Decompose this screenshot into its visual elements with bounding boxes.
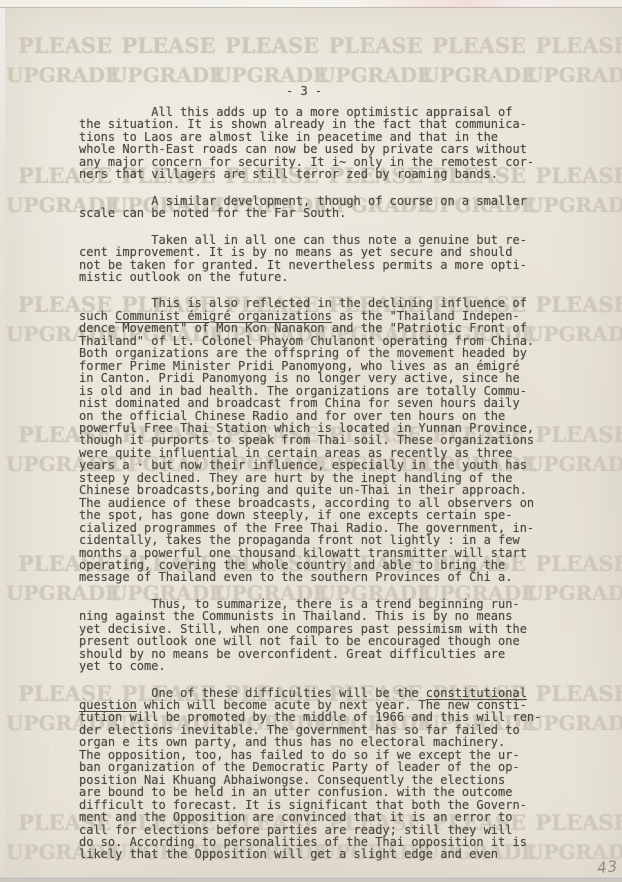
watermark-row: PLEASEPLEASEPLEASEPLEASEPLEASEPLEASE <box>18 34 622 58</box>
paragraph-4: This is also reflected in the declining … <box>79 297 561 583</box>
scan-edge-left <box>0 0 5 882</box>
watermark-word: PLEASE <box>432 34 536 58</box>
watermark-word: UPGRADE <box>318 63 422 87</box>
scan-edge-bottom <box>0 876 622 882</box>
page-number: - 3 - <box>286 84 322 98</box>
text-segment: A similar development, though of course … <box>79 194 527 220</box>
watermark-word: UPGRADE <box>6 63 110 87</box>
watermark-word: PLEASE <box>122 34 226 58</box>
text-segment: Thus, to summarize, there is a trend beg… <box>79 597 527 673</box>
watermark-word: PLEASE <box>18 34 122 58</box>
scan-edge-top <box>0 0 622 8</box>
paragraph-3: Taken all in all one can thus note a gen… <box>79 234 561 284</box>
watermark-word: PLEASE <box>536 34 622 58</box>
watermark-word: UPGRADE <box>526 63 622 87</box>
document-text: All this adds up to a more optimistic ap… <box>79 106 561 875</box>
paragraph-5: Thus, to summarize, there is a trend beg… <box>79 598 561 673</box>
pencil-page-number: 43 <box>596 857 619 877</box>
scanned-page: PLEASEPLEASEPLEASEPLEASEPLEASEPLEASEUPGR… <box>0 0 622 882</box>
text-segment: Taken all in all one can thus note a gen… <box>79 233 527 284</box>
paragraph-1: All this adds up to a more optimistic ap… <box>79 106 561 181</box>
text-segment: as the "Thailand Indepen- dence Movement… <box>79 309 534 585</box>
text-segment: All this adds up to a more optimistic ap… <box>79 105 534 181</box>
watermark-word: PLEASE <box>225 34 329 58</box>
paragraph-2: A similar development, though of course … <box>79 195 561 220</box>
text-segment: which will become acute by next year. Th… <box>79 698 541 861</box>
paragraph-6: One of these difficulties will be the co… <box>79 687 561 861</box>
watermark-word: PLEASE <box>329 34 433 58</box>
watermark-word: UPGRADE <box>422 63 526 87</box>
watermark-word: UPGRADE <box>110 63 214 87</box>
